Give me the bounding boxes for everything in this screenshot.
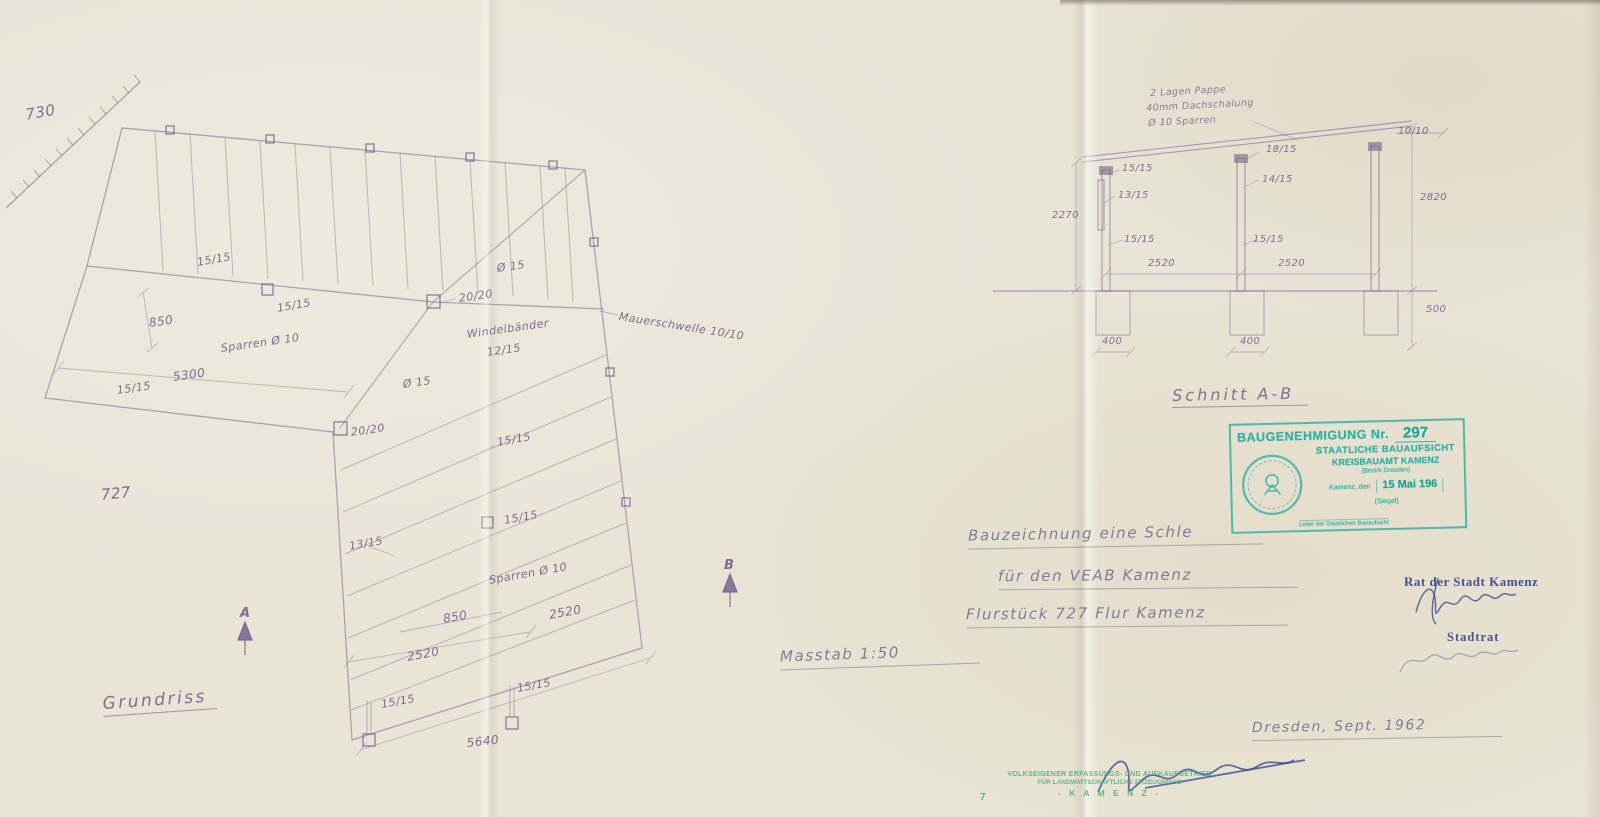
date-line: Dresden, Sept. 1962 (1252, 716, 1502, 741)
veab-company-stamp: VOLKSEIGENER ERFASSUNGS- UND AUFKAUFBETR… (1002, 770, 1217, 799)
official-seal-icon (1235, 446, 1309, 520)
building-permit-stamp: BAUGENEHMIGUNG Nr. 297 STAATLICHE BAUAUF… (1229, 418, 1468, 534)
section-title: Schnitt A-B (1172, 384, 1308, 408)
footing-dimension: 400 (1102, 336, 1122, 347)
section-marker-a: A (240, 606, 251, 621)
stamp-date: 15 Mai 196 (1376, 478, 1443, 493)
span-dimension: 2520 (1278, 258, 1305, 269)
boundary-hatch-line (6, 75, 140, 208)
scanned-drawing-sheet: 730 727 15/15 850 Sparren Ø 10 5300 15/1… (0, 0, 1600, 817)
stamp-place-line: Kamenz, den (1329, 484, 1370, 494)
section-marker-b: B (724, 558, 734, 573)
veab-stamp-line2: FÜR LANDWIRTSCHAFTLICHE ERZEUGNISSE (1002, 779, 1217, 787)
timber-size-label: 14/15 (1262, 174, 1293, 185)
pencil-linework (0, 0, 1600, 817)
timber-size-label: 10/10 (1398, 126, 1429, 137)
floor-plan-linework (45, 128, 642, 740)
timber-size-label: 15/15 (1124, 234, 1155, 245)
parcel-line: Flurstück 727 Flur Kamenz (966, 603, 1288, 629)
stamp-footer: Leiter der Staatlichen Bauaufsicht (1299, 518, 1389, 528)
veab-stamp-number: 7 (980, 792, 986, 803)
timber-size-label: 15/15 (1253, 234, 1284, 245)
parcel-number-727: 727 (100, 483, 132, 504)
pencil-signature (1400, 650, 1518, 672)
plan-posts (166, 126, 630, 746)
plan-dimension-lines (54, 288, 656, 756)
stamp-seal-note: (Siegel) (1309, 496, 1465, 509)
city-council-title: Stadtrat (1447, 630, 1499, 645)
height-dimension: 2270 (1052, 210, 1079, 221)
city-council-stamp: Rat der Stadt Kamenz (1404, 574, 1538, 590)
stamp-title: BAUGENEHMIGUNG Nr. (1237, 427, 1389, 445)
cross-section-linework (993, 121, 1437, 335)
client-line: für den VEAB Kamenz (998, 565, 1298, 591)
span-dimension: 2520 (1148, 258, 1175, 269)
depth-dimension: 500 (1426, 304, 1446, 315)
height-dimension: 2820 (1420, 192, 1447, 203)
timber-size-label: 18/15 (1266, 144, 1297, 155)
veab-stamp-line1: VOLKSEIGENER ERFASSUNGS- UND AUFKAUFBETR… (1002, 770, 1217, 779)
veab-stamp-line3: - K A M E N Z - (1002, 788, 1217, 799)
footing-dimension: 400 (1240, 336, 1260, 347)
timber-size-label: 15/15 (1122, 163, 1153, 174)
permit-number: 297 (1395, 424, 1436, 443)
timber-size-label: 13/15 (1118, 190, 1149, 201)
